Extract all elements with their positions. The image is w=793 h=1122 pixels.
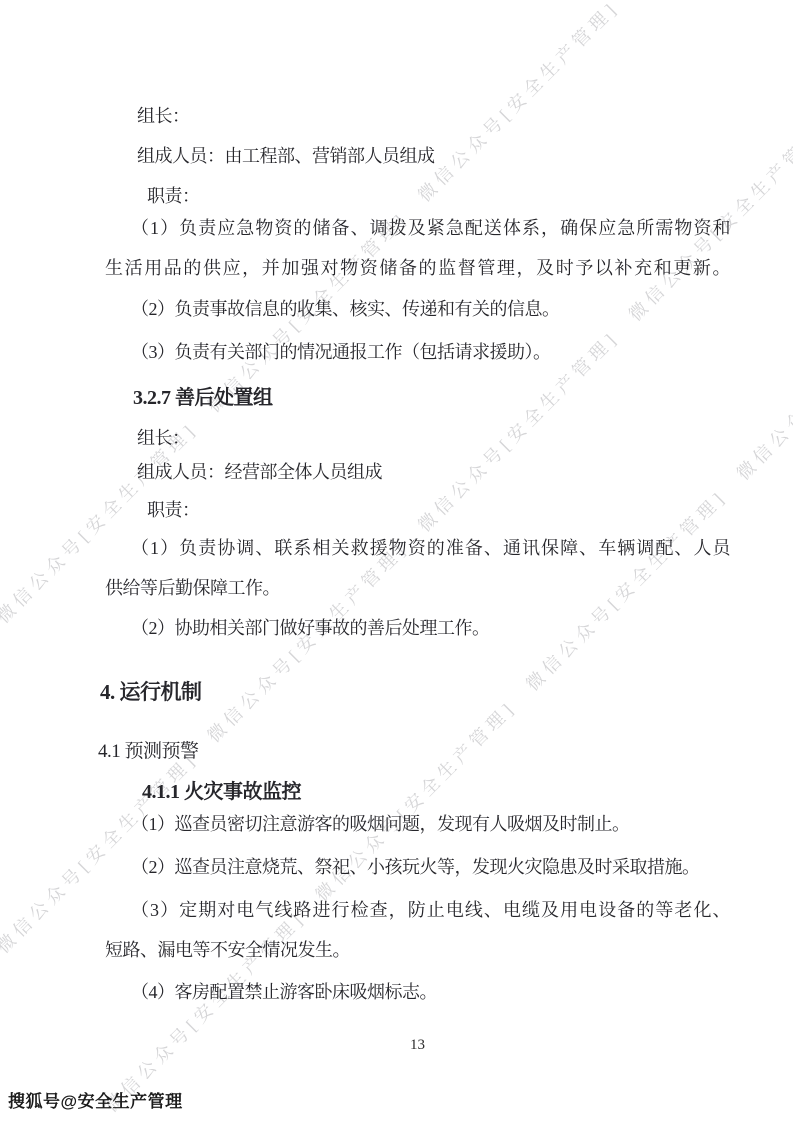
duty-paragraph-1-3: （3）负责有关部门的情况通报工作（包括请求援助）。 bbox=[105, 332, 730, 372]
duty-paragraph-1-1: （1）负责应急物资的储备、调拨及紧急配送体系，确保应急所需物资和生活用品的供应，… bbox=[105, 208, 730, 288]
page-number: 13 bbox=[105, 1037, 730, 1054]
fire-monitor-paragraph-3-line-2: 短路、漏电等不安全情况发生。 bbox=[105, 930, 730, 970]
fire-monitor-paragraph-2: （2）巡查员注意烧荒、祭祀、小孩玩火等，发现火灾隐患及时采取措施。 bbox=[105, 847, 730, 887]
duty-paragraph-2-1-line-2: 供给等后勤保障工作。 bbox=[105, 568, 730, 608]
fire-monitor-paragraph-3-line-1: （3）定期对电气线路进行检查，防止电线、电缆及用电设备的等老化、 bbox=[105, 890, 730, 930]
fire-monitor-paragraph-4: （4）客房配置禁止游客卧床吸烟标志。 bbox=[105, 972, 730, 1012]
fire-monitor-paragraph-1: （1）巡查员密切注意游客的吸烟问题，发现有人吸烟及时制止。 bbox=[105, 804, 730, 844]
duty-paragraph-2-1-line-1: （1）负责协调、联系相关救援物资的准备、通讯保障、车辆调配、人员 bbox=[105, 528, 730, 568]
fire-monitor-paragraph-3: （3）定期对电气线路进行检查，防止电线、电缆及用电设备的等老化、短路、漏电等不安… bbox=[105, 890, 730, 970]
duties-label-2: 职责： bbox=[105, 490, 730, 530]
heading-4-1: 4.1 预测预警 bbox=[105, 732, 730, 772]
group-members-line-1: 组成人员：由工程部、营销部人员组成 bbox=[105, 136, 730, 176]
group-leader-label-1: 组长： bbox=[105, 96, 730, 136]
duty-paragraph-1-1-line-2: 生活用品的供应，并加强对物资储备的监督管理，及时予以补充和更新。 bbox=[105, 248, 730, 288]
heading-4: 4. 运行机制 bbox=[105, 672, 730, 712]
duty-paragraph-1-1-line-1: （1）负责应急物资的储备、调拨及紧急配送体系，确保应急所需物资和 bbox=[105, 208, 730, 248]
duty-paragraph-2-2: （2）协助相关部门做好事故的善后处理工作。 bbox=[105, 608, 730, 648]
duty-paragraph-2-1: （1）负责协调、联系相关救援物资的准备、通讯保障、车辆调配、人员供给等后勤保障工… bbox=[105, 528, 730, 608]
document-page: 微信公众号[安全生产管理] 微信公众号[安全生产管理] 微信公众号[安全生产管理… bbox=[0, 0, 793, 1122]
group-members-line-2: 组成人员：经营部全体人员组成 bbox=[105, 452, 730, 492]
footer-brand-logo: 搜狐号@安全生产管理 bbox=[8, 1087, 183, 1112]
heading-3-2-7: 3.2.7 善后处置组 bbox=[105, 378, 730, 418]
page-content: 组长： 组成人员：由工程部、营销部人员组成 职责： （1）负责应急物资的储备、调… bbox=[105, 0, 730, 1012]
duty-paragraph-1-2: （2）负责事故信息的收集、核实、传递和有关的信息。 bbox=[105, 289, 730, 329]
